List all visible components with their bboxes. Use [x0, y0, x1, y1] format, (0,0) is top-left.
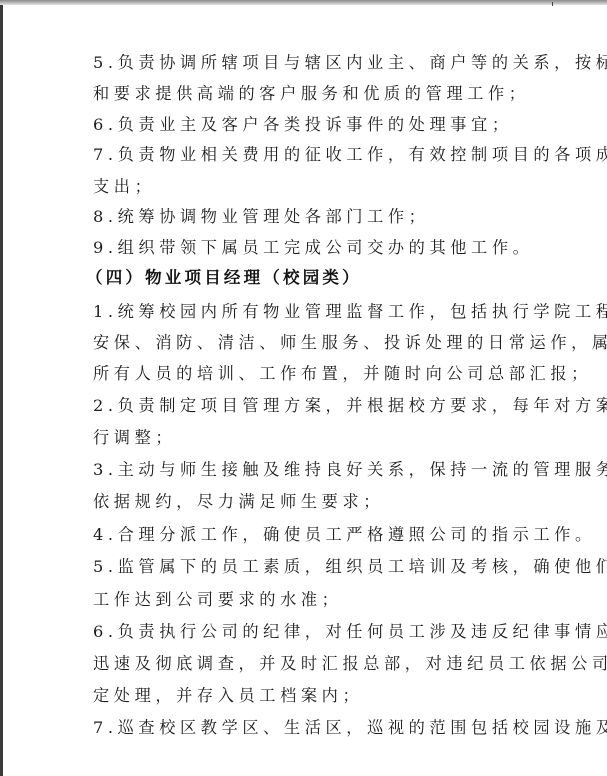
list-item-line: 1.统筹校园内所有物业管理监督工作，包括执行学院工程、	[93, 300, 517, 324]
continuation-line: 和要求提供高端的客户服务和优质的管理工作；	[93, 82, 517, 106]
list-item-line: 3.主动与师生接触及维持良好关系，保持一流的管理服务，	[93, 458, 517, 482]
list-item-line: 4.合理分派工作，确使员工严格遵照公司的指示工作。	[93, 523, 517, 547]
continuation-line: 定处理，并存入员工档案内；	[93, 684, 517, 708]
continuation-line: 工作达到公司要求的水准；	[93, 588, 517, 612]
document-page: 5.负责协调所辖项目与辖区内业主、商户等的关系，按标准和要求提供高端的客户服务和…	[0, 0, 607, 776]
list-item-line: 2.负责制定项目管理方案，并根据校方要求，每年对方案进	[93, 394, 517, 418]
continuation-line: 支出；	[93, 175, 517, 199]
list-item-line: 6.负责业主及客户各类投诉事件的处理事宜；	[93, 113, 517, 137]
section-heading: （四）物业项目经理（校园类）	[86, 266, 510, 290]
list-item-line: 7.负责物业相关费用的征收工作，有效控制项目的各项成本	[93, 143, 517, 167]
continuation-line: 安保、消防、清洁、师生服务、投诉处理的日常运作，属下	[93, 331, 517, 355]
list-item-line: 5.监管属下的员工素质，组织员工培训及考核，确使他们的	[93, 555, 517, 579]
list-item-line: 7.巡查校区教学区、生活区，巡视的范围包括校园设施及保	[93, 716, 517, 740]
list-item-line: 8.统筹协调物业管理处各部门工作；	[93, 205, 517, 229]
continuation-line: 所有人员的培训、工作布置，并随时向公司总部汇报；	[93, 362, 517, 386]
list-item-line: 9.组织带领下属员工完成公司交办的其他工作。	[93, 236, 517, 260]
continuation-line: 迅速及彻底调查，并及时汇报总部，对违纪员工依据公司规	[93, 652, 517, 676]
continuation-line: 依据规约，尽力满足师生要求；	[93, 490, 517, 514]
continuation-line: 行调整；	[93, 426, 517, 450]
list-item-line: 5.负责协调所辖项目与辖区内业主、商户等的关系，按标准	[93, 51, 517, 75]
list-item-line: 6.负责执行公司的纪律，对任何员工涉及违反纪律事情应该	[93, 620, 517, 644]
